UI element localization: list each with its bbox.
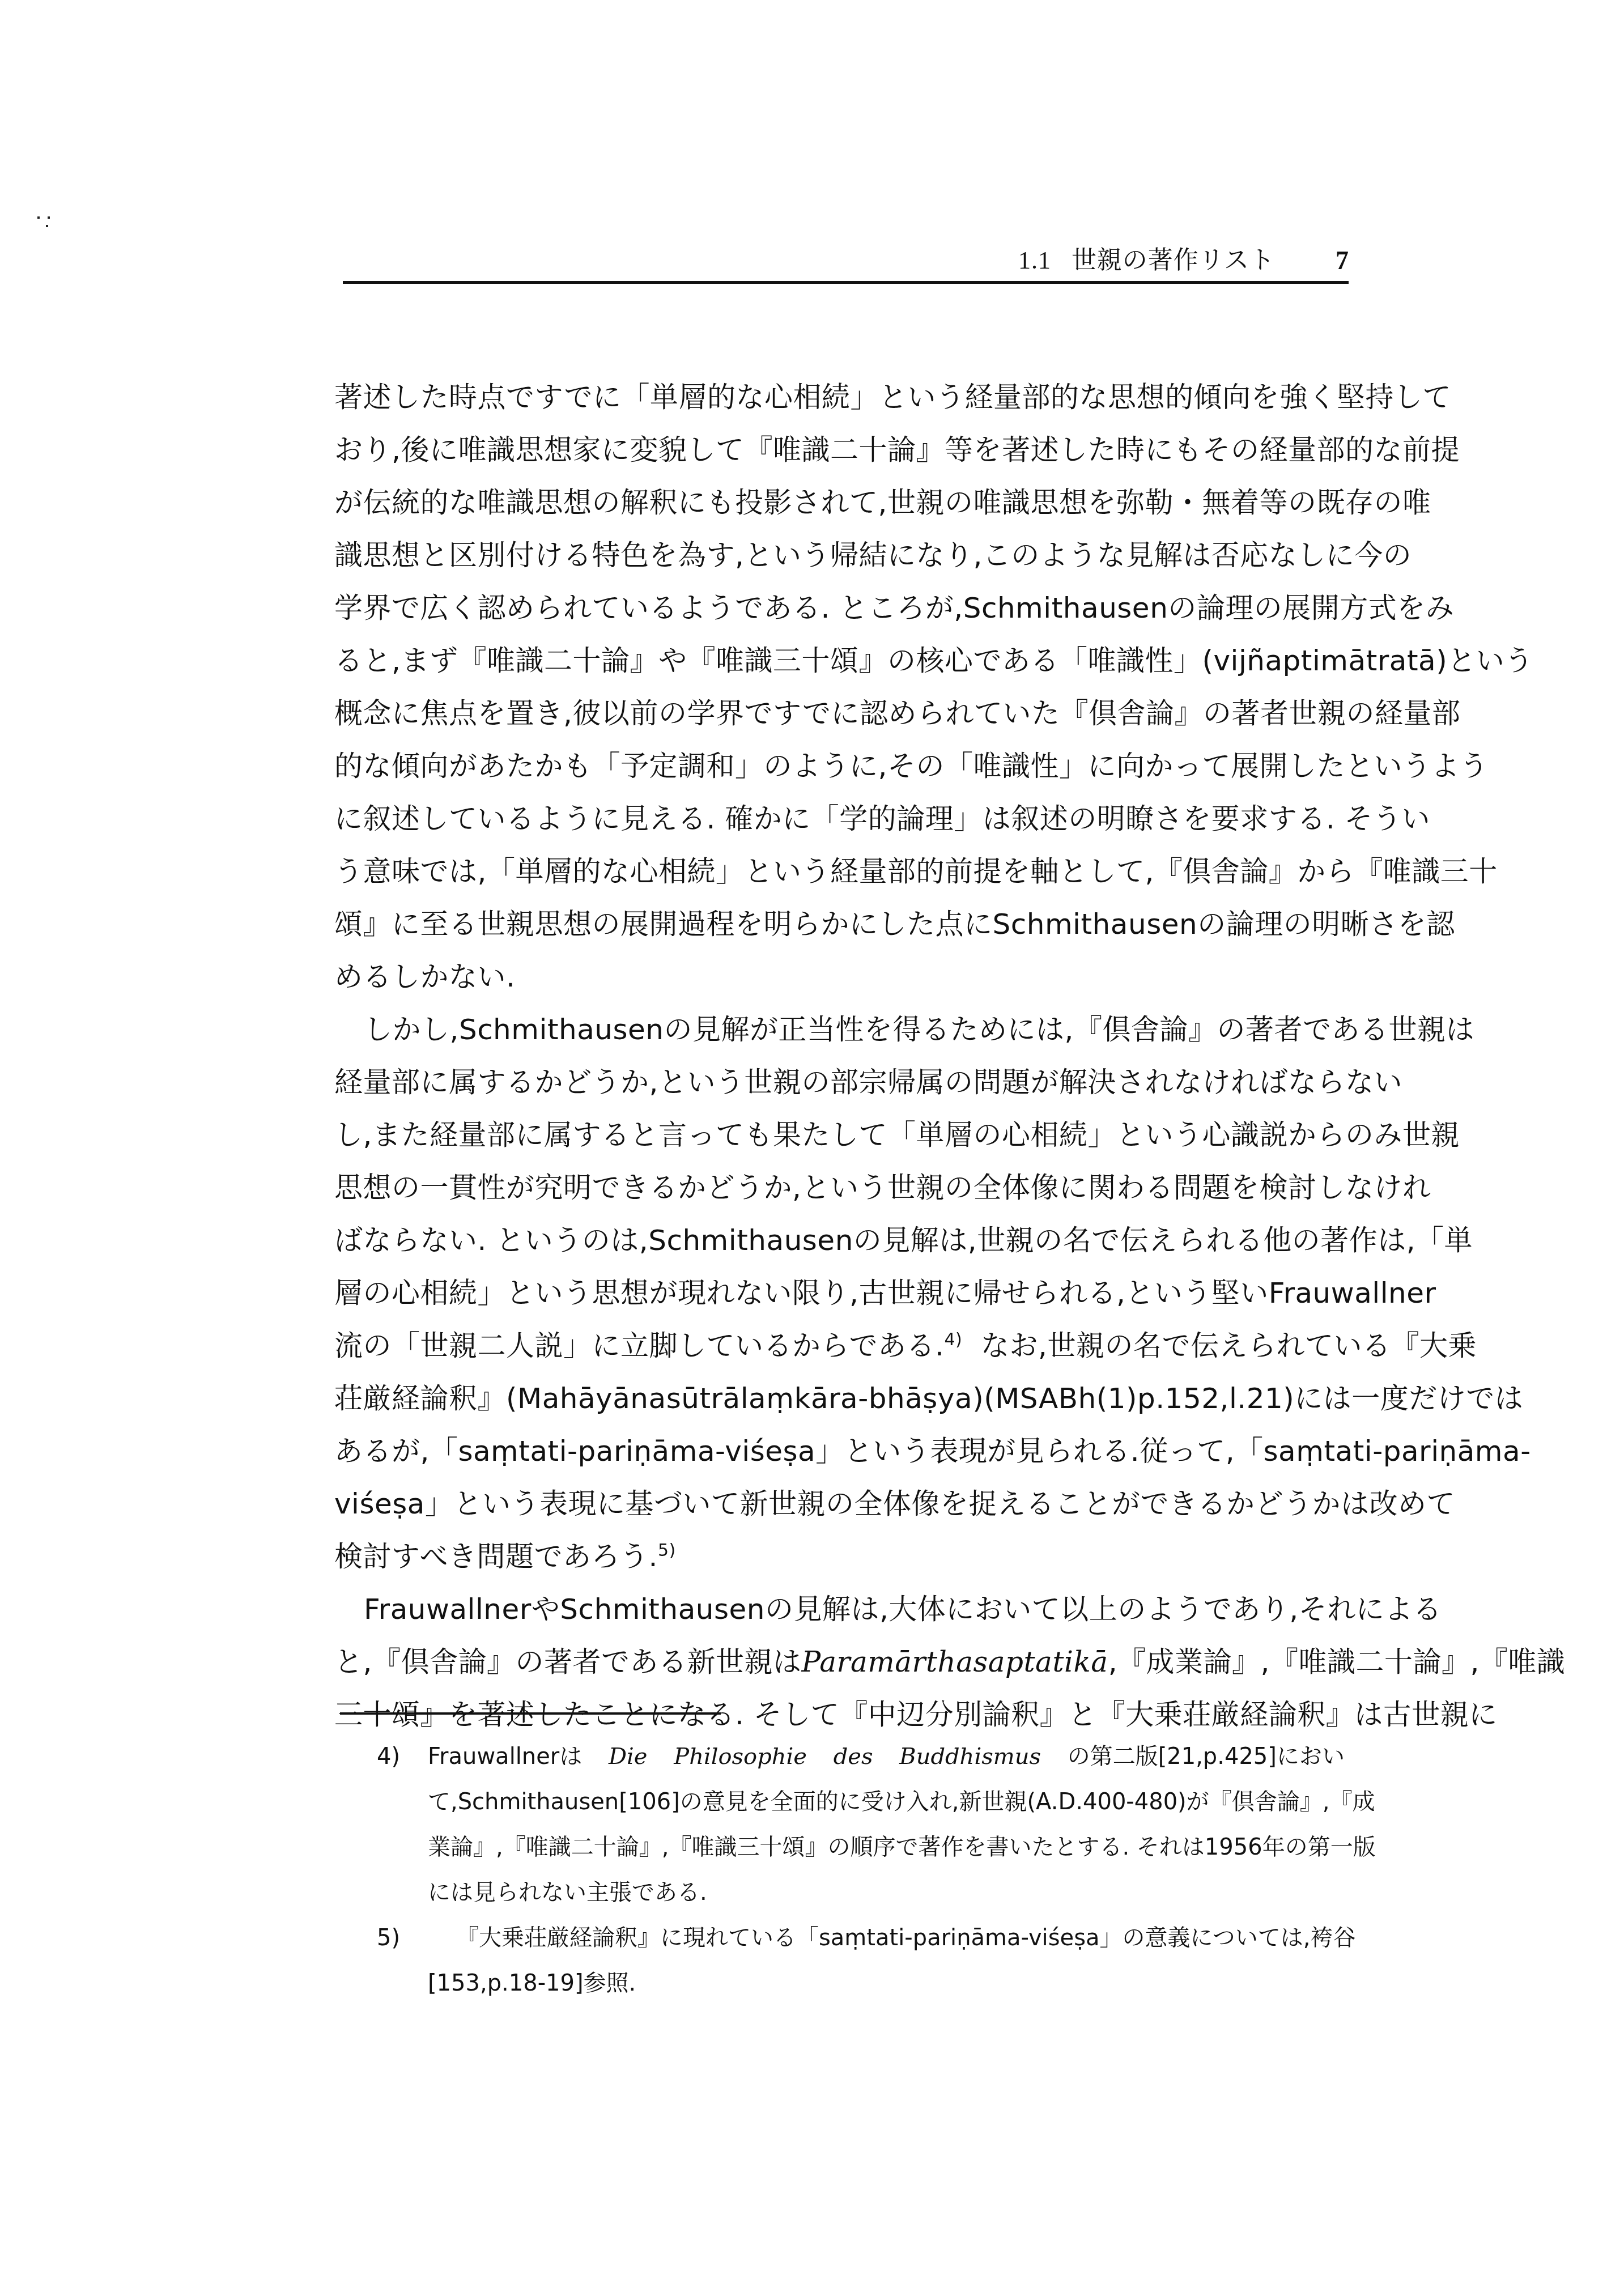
text-line: 検討すべき問題であろう.5)	[334, 1530, 1349, 1583]
section-heading: 1.1世親の著作リスト	[1018, 244, 1275, 278]
text-line: が伝統的な唯識思想の解釈にも投影されて,世親の唯識思想を弥勒・無着等の既存の唯	[334, 477, 1349, 529]
text-line: FrauwallnerやSchmithausenの見解は,大体において以上のよう…	[334, 1583, 1349, 1636]
text-run: Frauwallnerは	[428, 1744, 582, 1770]
text-line: あるが,「saṃtati-pariṇāma-viśeṣa」という表現が見られる.…	[334, 1425, 1349, 1478]
scan-artifact	[37, 216, 40, 219]
page-number: 7	[1336, 244, 1349, 278]
text-line: し,また経量部に属すると言っても果たして「単層の心相続」という心識説からのみ世親	[334, 1109, 1349, 1162]
text-line: 層の心相続」という思想が現れない限り,古世親に帰せられる,という堅いFrauwa…	[334, 1267, 1349, 1320]
text-line: て,Schmithausen[106]の意見を全面的に受け入れ,新世親(A.D.…	[428, 1779, 1351, 1825]
scan-artifact	[48, 216, 50, 219]
footnote-body: Frauwallnerは Die Philosophie des Buddhis…	[343, 1734, 1351, 1915]
paragraph-1: 著述した時点ですでに「単層的な心相続」という経量部的な思想的傾向を強く堅持して …	[334, 371, 1349, 1004]
text-line: 『大乗荘厳経論釈』に現れている「saṃtati-pariṇāma-viśeṣa」…	[428, 1915, 1351, 1961]
scan-artifact	[46, 225, 48, 227]
text-line: 頌』に至る世親思想の展開過程を明らかにした点にSchmithausenの論理の明…	[334, 898, 1349, 951]
footnote-divider	[340, 1712, 721, 1715]
section-number: 1.1	[1018, 246, 1051, 274]
text-line: めるしかない.	[334, 951, 1349, 1004]
text-line: 流の「世親二人説」に立脚しているからである.4) なお,世親の名で伝えられている…	[334, 1320, 1349, 1372]
footnote-ref-5[interactable]: 5)	[658, 1541, 676, 1561]
text-line: と,『倶舎論』の著者である新世親はParamārthasaptatikā,『成業…	[334, 1636, 1349, 1689]
text-line: 経量部に属するかどうか,という世親の部宗帰属の問題が解決されなければならない	[334, 1056, 1349, 1109]
text-run: と,『倶舎論』の著者である新世親は	[334, 1646, 801, 1678]
running-header: 1.1世親の著作リスト 7	[343, 244, 1349, 284]
text-line: には見られない主張である.	[428, 1870, 1351, 1915]
footnote-ref-4[interactable]: 4)	[944, 1330, 962, 1350]
main-text: 著述した時点ですでに「単層的な心相続」という経量部的な思想的傾向を強く堅持して …	[334, 371, 1349, 1741]
text-run: の第二版[21,p.425]におい	[1068, 1744, 1345, 1770]
text-run: 流の「世親二人説」に立脚しているからである.	[334, 1329, 944, 1362]
text-run: ,『成業論』,『唯識二十論』,『唯識	[1108, 1646, 1566, 1678]
document-page: 1.1世親の著作リスト 7 著述した時点ですでに「単層的な心相続」という経量部的…	[0, 0, 1624, 2296]
text-line: [153,p.18-19]参照.	[428, 1961, 1351, 2006]
text-line: 的な傾向があたかも「予定調和」のように,その「唯識性」に向かって展開したというよ…	[334, 740, 1349, 793]
text-line: Frauwallnerは Die Philosophie des Buddhis…	[428, 1734, 1351, 1779]
paragraph-3: FrauwallnerやSchmithausenの見解は,大体において以上のよう…	[334, 1583, 1349, 1741]
text-run: 検討すべき問題であろう.	[334, 1540, 658, 1573]
text-line: 識思想と区別付ける特色を為す,という帰結になり,このような見解は否応なしに今の	[334, 529, 1349, 582]
text-line: 概念に焦点を置き,彼以前の学界ですでに認められていた『倶舎論』の著者世親の経量部	[334, 687, 1349, 740]
footnote-body: 『大乗荘厳経論釈』に現れている「saṃtati-pariṇāma-viśeṣa」…	[343, 1915, 1351, 2006]
italic-title: Paramārthasaptatikā	[801, 1646, 1108, 1678]
text-line: しかし,Schmithausenの見解が正当性を得るためには,『倶舎論』の著者で…	[334, 1004, 1349, 1056]
text-line: 荘厳経論釈』(Mahāyānasūtrālaṃkāra-bhāṣya)(MSAB…	[334, 1372, 1349, 1425]
paragraph-2: しかし,Schmithausenの見解が正当性を得るためには,『倶舎論』の著者で…	[334, 1004, 1349, 1583]
footnotes: 4) Frauwallnerは Die Philosophie des Budd…	[343, 1734, 1351, 2006]
footnote-4: 4) Frauwallnerは Die Philosophie des Budd…	[343, 1734, 1351, 1915]
text-line: う意味では,「単層的な心相続」という経量部的前提を軸として,『倶舎論』から『唯識…	[334, 845, 1349, 898]
text-line: 学界で広く認められているようである. ところが,Schmithausenの論理の…	[334, 582, 1349, 635]
section-title: 世親の著作リスト	[1072, 246, 1275, 274]
text-line: viśeṣa」という表現に基づいて新世親の全体像を捉えることができるかどうかは改…	[334, 1478, 1349, 1530]
text-line: 業論』,『唯識二十論』,『唯識三十頌』の順序で著作を書いたとする. それは195…	[428, 1825, 1351, 1870]
text-line: 著述した時点ですでに「単層的な心相続」という経量部的な思想的傾向を強く堅持して	[334, 371, 1349, 424]
text-run: なお,世親の名で伝えられている『大乗	[981, 1329, 1477, 1362]
footnote-number: 4)	[377, 1734, 400, 1779]
text-line: ると,まず『唯識二十論』や『唯識三十頌』の核心である「唯識性」(vijñapti…	[334, 635, 1349, 687]
italic-title: Die Philosophie des Buddhismus	[609, 1744, 1041, 1770]
footnote-5: 5) 『大乗荘厳経論釈』に現れている「saṃtati-pariṇāma-viśe…	[343, 1915, 1351, 2006]
text-line: に叙述しているように見える. 確かに「学的論理」は叙述の明瞭さを要求する. そう…	[334, 793, 1349, 845]
text-line: 思想の一貫性が究明できるかどうか,という世親の全体像に関わる問題を検討しなけれ	[334, 1162, 1349, 1214]
footnote-number: 5)	[377, 1915, 400, 1961]
text-line: おり,後に唯識思想家に変貌して『唯識二十論』等を著述した時にもその経量部的な前提	[334, 424, 1349, 477]
text-line: ばならない. というのは,Schmithausenの見解は,世親の名で伝えられる…	[334, 1214, 1349, 1267]
